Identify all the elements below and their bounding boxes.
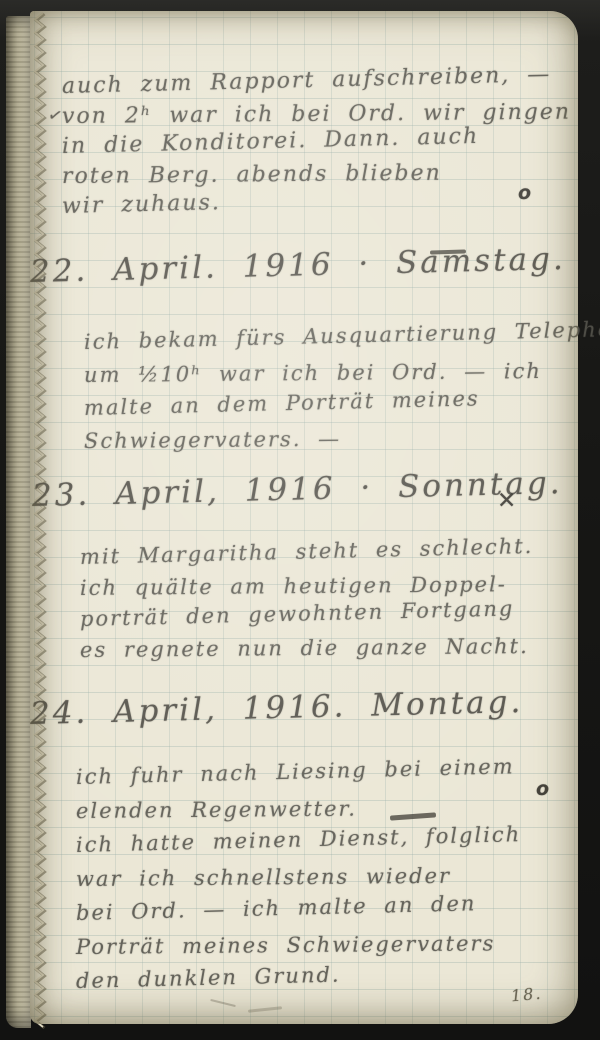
diary-entry-22-april: 22. April. 1916 · Samstag. <box>30 254 566 290</box>
diary-entry-23-april-text: mit Margaritha steht es schlecht. ich qu… <box>80 542 533 666</box>
page-number: 18. <box>510 984 543 1006</box>
diary-entry-23-april: 23. April, 1916 · Sonntag. <box>32 478 563 514</box>
entry-line: es regnete nun die ganze Nacht. <box>80 631 534 666</box>
diary-entry-24-april: 24. April, 1916. Montag. <box>30 696 523 732</box>
diary-entry-continuation: auch zum Rapport aufschreiben, — von 2ʰ … <box>62 72 571 222</box>
notebook-photo: auch zum Rapport aufschreiben, — von 2ʰ … <box>0 0 600 1040</box>
diary-entry-22-april-text: ich bekam fürs Ausquartierung Telephon. … <box>84 326 600 458</box>
x-mark: ✕ <box>497 488 516 514</box>
circle-mark: o <box>518 182 531 204</box>
notebook-page: auch zum Rapport aufschreiben, — von 2ʰ … <box>30 11 578 1024</box>
page-stack-edge <box>6 16 31 1028</box>
diary-entry-24-april-text: ich fuhr nach Liesing bei einem elenden … <box>76 760 521 998</box>
entry-line: Schwiegervaters. — <box>84 420 600 458</box>
stitching-thread <box>31 13 49 1021</box>
circle-mark: o <box>536 778 549 800</box>
